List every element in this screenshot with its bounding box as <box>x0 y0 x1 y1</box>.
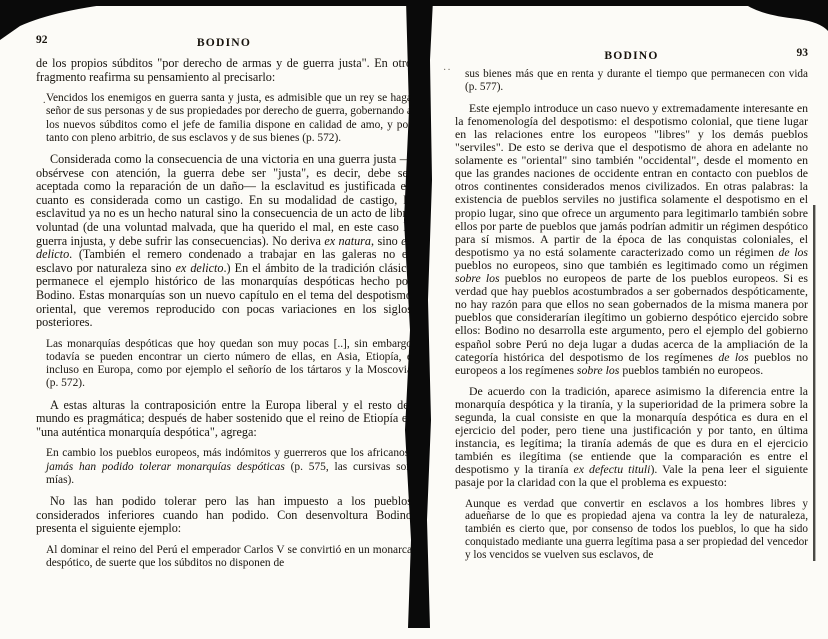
page-right-header: BODINO 93 <box>455 46 808 60</box>
quote-block: En cambio los pueblos europeos, más indó… <box>46 447 412 487</box>
page-left-body: de los propios súbditos "por derecho de … <box>36 57 412 570</box>
paragraph: De acuerdo con la tradición, aparece asi… <box>455 385 808 490</box>
quote-block: Las monarquías despóticas que hoy quedan… <box>46 338 412 391</box>
quote-block: Al dominar el reino del Perú el emperado… <box>46 544 412 570</box>
paragraph: Este ejemplo introduce un caso nuevo y e… <box>455 102 808 377</box>
quote-block: sus bienes más que en renta y durante el… <box>465 68 808 94</box>
running-header-right: BODINO <box>604 49 658 63</box>
quote-block: Vencidos los enemigos en guerra santa y … <box>46 92 412 145</box>
paragraph: de los propios súbditos "por derecho de … <box>36 57 412 84</box>
page-left: 92 BODINO de los propios súbditos "por d… <box>0 0 420 639</box>
page-right: BODINO 93 sus bienes más que en renta y … <box>437 0 828 639</box>
book-scan: . ·· 92 BODINO de los propios súbditos "… <box>0 0 828 639</box>
page-right-body: sus bienes más que en renta y durante el… <box>455 68 808 562</box>
page-number-right: 93 <box>797 46 809 60</box>
paragraph: Considerada como la consecuencia de una … <box>36 153 412 330</box>
running-header-left: BODINO <box>197 36 251 50</box>
paragraph: No las han podido tolerar pero las han i… <box>36 495 412 536</box>
page-left-header: 92 BODINO <box>36 33 412 47</box>
paragraph: A estas alturas la contraposición entre … <box>36 399 412 440</box>
quote-block: Aunque es verdad que convertir en esclav… <box>465 498 808 563</box>
page-number-left: 92 <box>36 33 48 47</box>
